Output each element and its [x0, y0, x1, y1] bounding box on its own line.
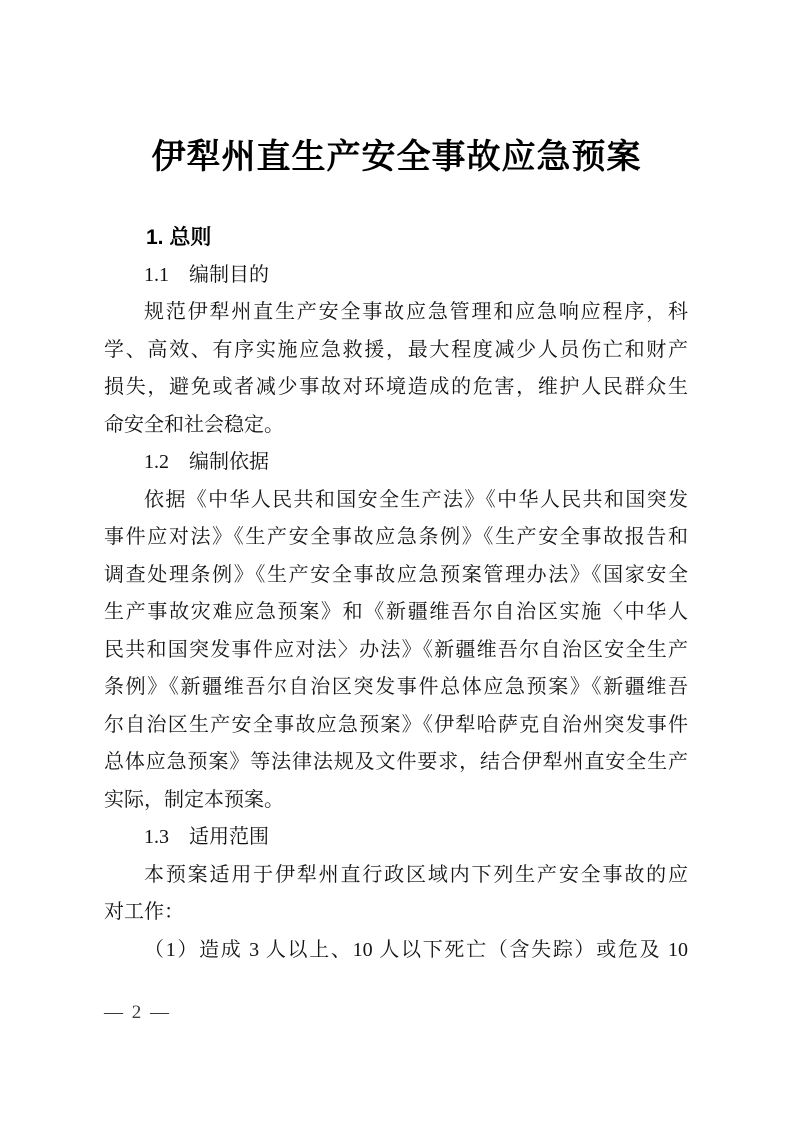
paragraph-line: 调查处理条例》《生产安全事故应急预案管理办法》《国家安全: [104, 557, 688, 595]
paragraph-line: 本预案适用于伊犁州直行政区域内下列生产安全事故的应: [104, 857, 688, 895]
page-number: — 2 —: [104, 1000, 171, 1026]
paragraph-line: 依据《中华人民共和国安全生产法》《中华人民共和国突发: [104, 482, 688, 520]
paragraph-line: 对工作：: [104, 894, 688, 932]
paragraph-line: 命安全和社会稳定。: [104, 407, 688, 445]
paragraph-line: 条例》《新疆维吾尔自治区突发事件总体应急预案》《新疆维吾: [104, 669, 688, 707]
paragraph-line: （1）造成 3 人以上、10 人以下死亡（含失踪）或危及 10: [104, 932, 688, 970]
subsection-heading: 1.1 编制目的: [104, 257, 688, 295]
paragraph-line: 规范伊犁州直生产安全事故应急管理和应急响应程序，科: [104, 294, 688, 332]
document-body: 1. 总则1.1 编制目的规范伊犁州直生产安全事故应急管理和应急响应程序，科学、…: [104, 219, 688, 969]
paragraph-line: 总体应急预案》等法律法规及文件要求，结合伊犁州直安全生产: [104, 744, 688, 782]
section-heading: 1. 总则: [104, 219, 688, 257]
paragraph-line: 事件应对法》《生产安全事故应急条例》《生产安全事故报告和: [104, 519, 688, 557]
subsection-heading: 1.3 适用范围: [104, 819, 688, 857]
document-page: 伊犁州直生产安全事故应急预案 1. 总则1.1 编制目的规范伊犁州直生产安全事故…: [0, 0, 793, 1122]
subsection-heading: 1.2 编制依据: [104, 444, 688, 482]
document-title: 伊犁州直生产安全事故应急预案: [0, 136, 793, 180]
paragraph-line: 生产事故灾难应急预案》和《新疆维吾尔自治区实施〈中华人: [104, 594, 688, 632]
paragraph-line: 学、高效、有序实施应急救援，最大程度减少人员伤亡和财产: [104, 332, 688, 370]
paragraph-line: 尔自治区生产安全事故应急预案》《伊犁哈萨克自治州突发事件: [104, 707, 688, 745]
paragraph-line: 损失，避免或者减少事故对环境造成的危害，维护人民群众生: [104, 369, 688, 407]
paragraph-line: 实际，制定本预案。: [104, 782, 688, 820]
paragraph-line: 民共和国突发事件应对法〉办法》《新疆维吾尔自治区安全生产: [104, 632, 688, 670]
